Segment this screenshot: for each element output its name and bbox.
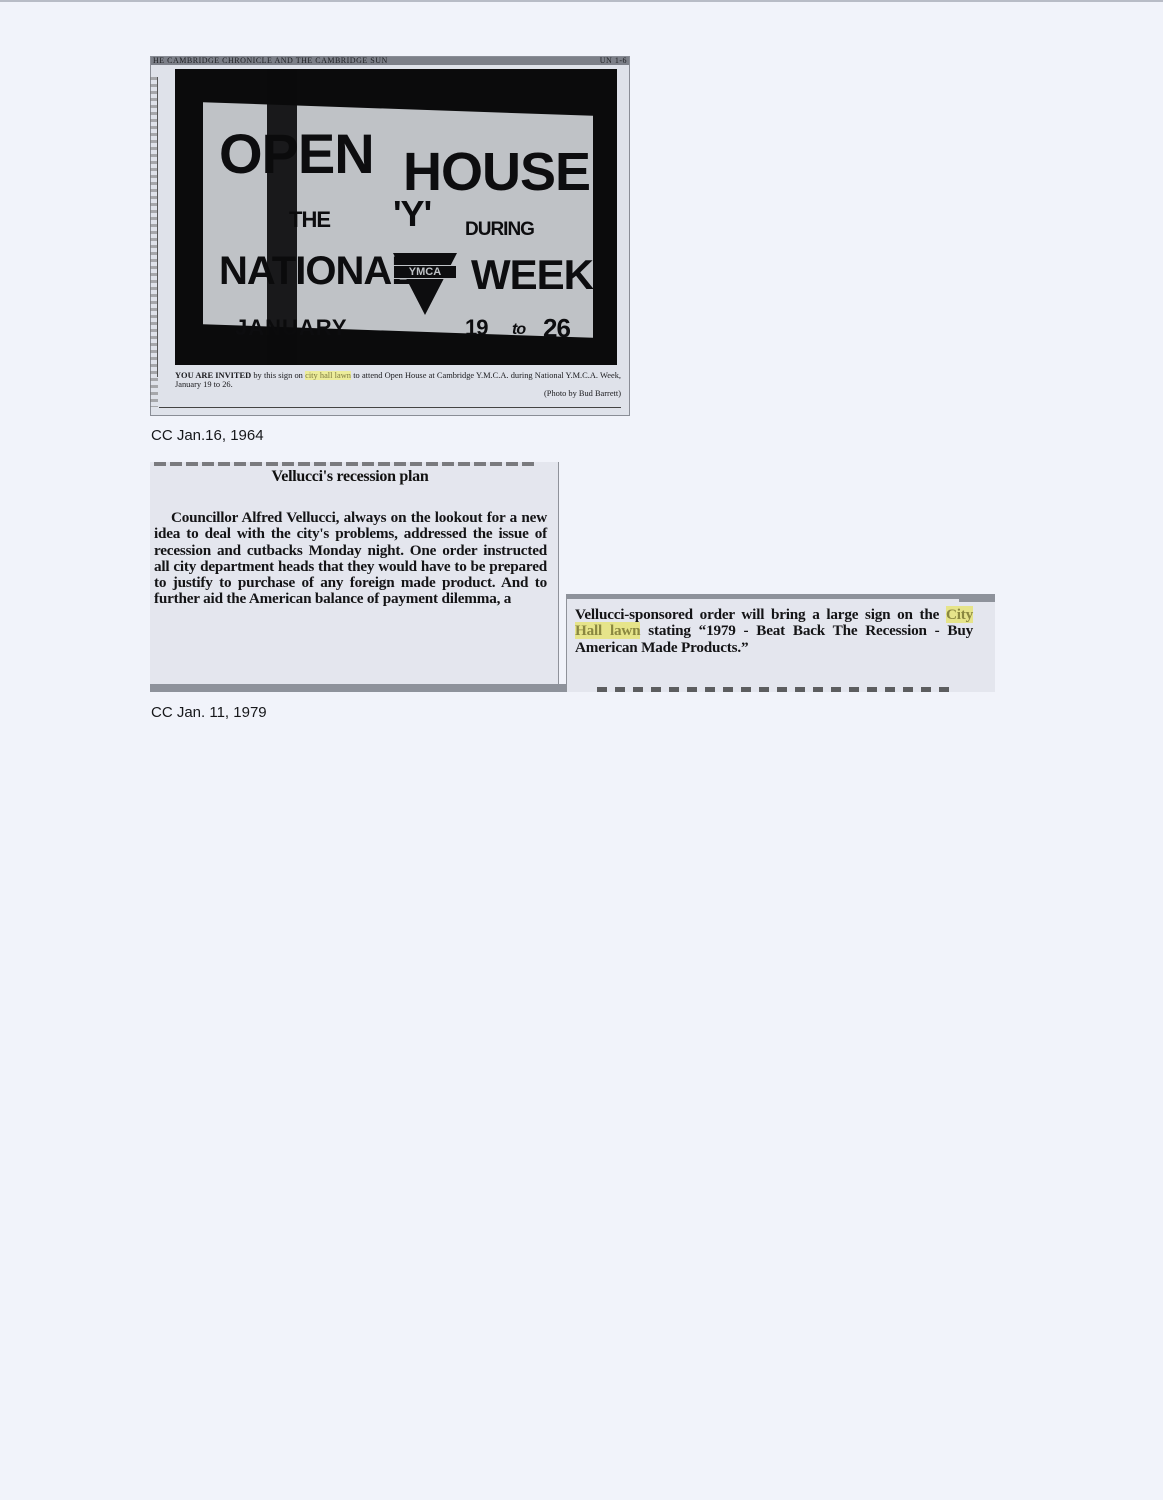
clipping-edge	[150, 684, 566, 692]
photo-caption: YOU ARE INVITED by this sign on city hal…	[175, 371, 621, 398]
newspaper-clipping-article-part2: Vellucci-sponsored order will bring a la…	[566, 594, 995, 692]
cut-off-text-line	[597, 687, 957, 692]
sign-text-during: DURING	[465, 219, 534, 241]
clipping-edge-corner	[959, 594, 995, 602]
newspaper-clipping-photo: he Cambridge Chronicle and the Cambridge…	[150, 56, 630, 416]
masthead-title: he Cambridge Chronicle and the Cambridge…	[153, 57, 388, 65]
caption-lead: YOU ARE INVITED	[175, 371, 251, 380]
page-top-edge	[0, 0, 1163, 2]
ymca-logo-text: YMCA	[393, 265, 457, 279]
clipping-edge	[567, 594, 995, 599]
column-rule	[157, 77, 158, 377]
article-headline: Vellucci's recession plan	[150, 468, 550, 486]
article-body-part1: Councillor Alfred Vellucci, always on th…	[154, 510, 547, 608]
cut-off-text-line	[154, 462, 534, 466]
sign-text-national: NATIONAL	[219, 249, 415, 294]
sign-text-week: WEEK	[471, 251, 593, 299]
ymca-triangle-icon	[393, 253, 457, 315]
open-house-sign-photo: OPEN HOUSE THE 'Y' DURING NATIONAL YMCA …	[175, 69, 617, 365]
sign-text-y: 'Y'	[393, 193, 431, 235]
article-body-part2: Vellucci-sponsored order will bring a la…	[575, 607, 973, 656]
sign-text-end-day: 26	[543, 313, 570, 344]
clipping-date-1979: CC Jan. 11, 1979	[151, 704, 267, 721]
photo-credit: (Photo by Bud Barrett)	[175, 389, 621, 398]
bottom-rule	[159, 407, 621, 408]
sign-text-start-day: 19	[465, 315, 487, 341]
caption-highlight: city hall lawn	[305, 371, 351, 380]
article-text: Vellucci-sponsored order will bring a la…	[575, 606, 946, 623]
sign-text-to: to	[512, 321, 525, 339]
clipping-date-1964: CC Jan.16, 1964	[151, 427, 264, 444]
newspaper-clipping-article-part1: Vellucci's recession plan Councillor Alf…	[150, 462, 559, 692]
caption-text: by this sign on	[251, 371, 305, 380]
masthead-page: UN 1-6	[600, 57, 627, 65]
newspaper-masthead: he Cambridge Chronicle and the Cambridge…	[151, 57, 629, 65]
foreground-pole	[267, 69, 297, 365]
